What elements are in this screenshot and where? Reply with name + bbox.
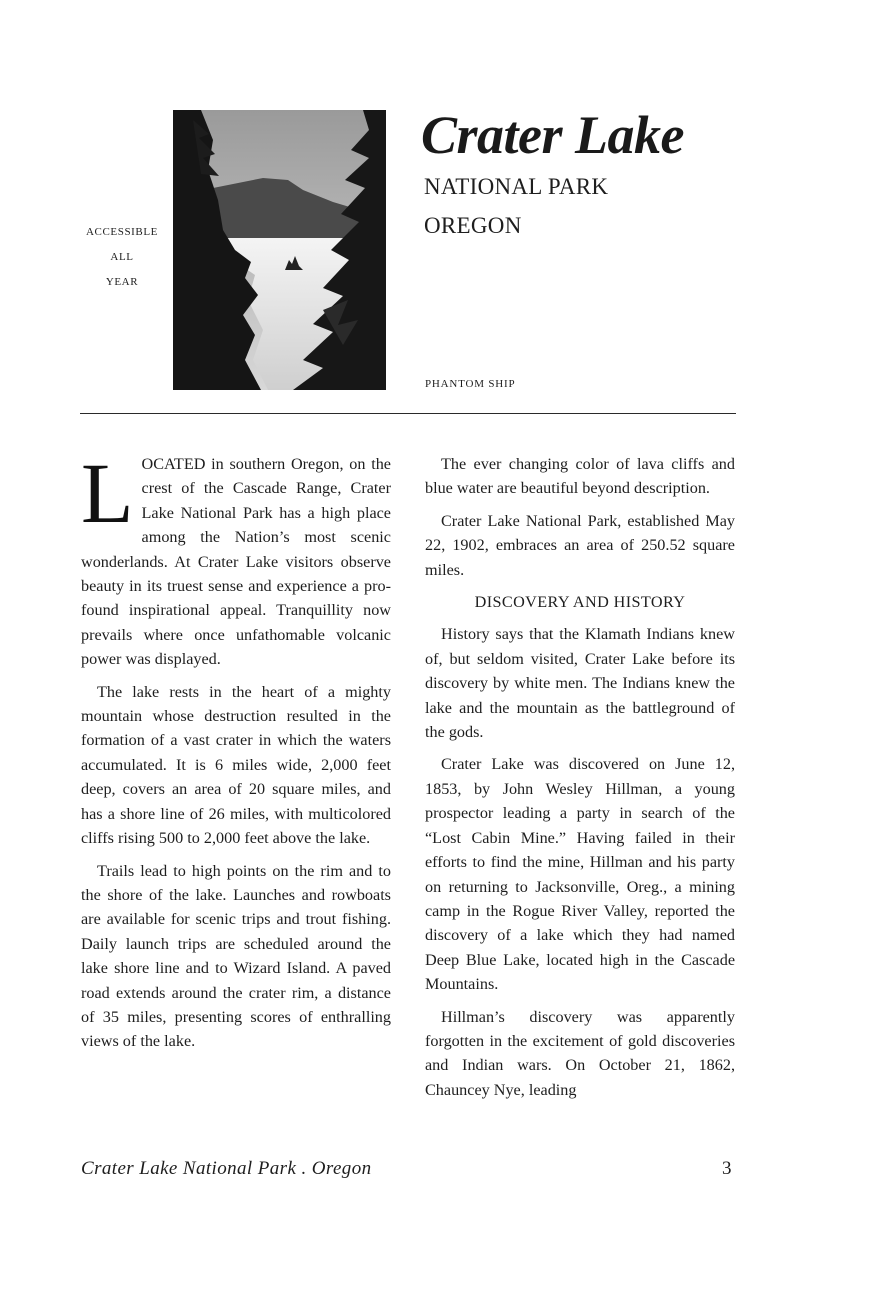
body-paragraph: Trails lead to high points on the rim an… [81,859,391,1054]
phantom-ship-photo [173,110,386,390]
intro-paragraph: LOCATED in southern Oregon, on the crest… [81,452,391,672]
body-paragraph: Crater Lake was discovered on June 12, 1… [425,752,735,996]
body-paragraph: The ever changing color of lava cliffs a… [425,452,735,501]
side-label-line: YEAR [72,270,172,295]
body-paragraph: The lake rests in the heart of a mighty … [81,680,391,851]
side-label-line: ACCESSIBLE [72,220,172,245]
state-name: OREGON [424,211,522,241]
side-label-line: ALL [72,245,172,270]
drop-cap: L [81,458,134,526]
left-column: LOCATED in southern Oregon, on the crest… [81,452,391,1062]
accessible-all-year-label: ACCESSIBLE ALL YEAR [72,220,172,295]
page-title: Crater Lake [421,100,684,170]
page-subtitle: NATIONAL PARK [424,172,608,202]
body-paragraph: History says that the Klamath In­dians k… [425,622,735,744]
right-column: The ever changing color of lava cliffs a… [425,452,735,1110]
photo-caption: PHANTOM SHIP [425,378,515,390]
body-paragraph: Crater Lake National Park, estab­lished … [425,509,735,582]
section-heading: DISCOVERY AND HISTORY [425,590,735,614]
header-divider [80,413,736,414]
running-footer-title: Crater Lake National Park . Oregon [81,1158,372,1180]
body-paragraph: Hillman’s discovery was apparently forgo… [425,1005,735,1103]
page-number: 3 [722,1158,732,1180]
